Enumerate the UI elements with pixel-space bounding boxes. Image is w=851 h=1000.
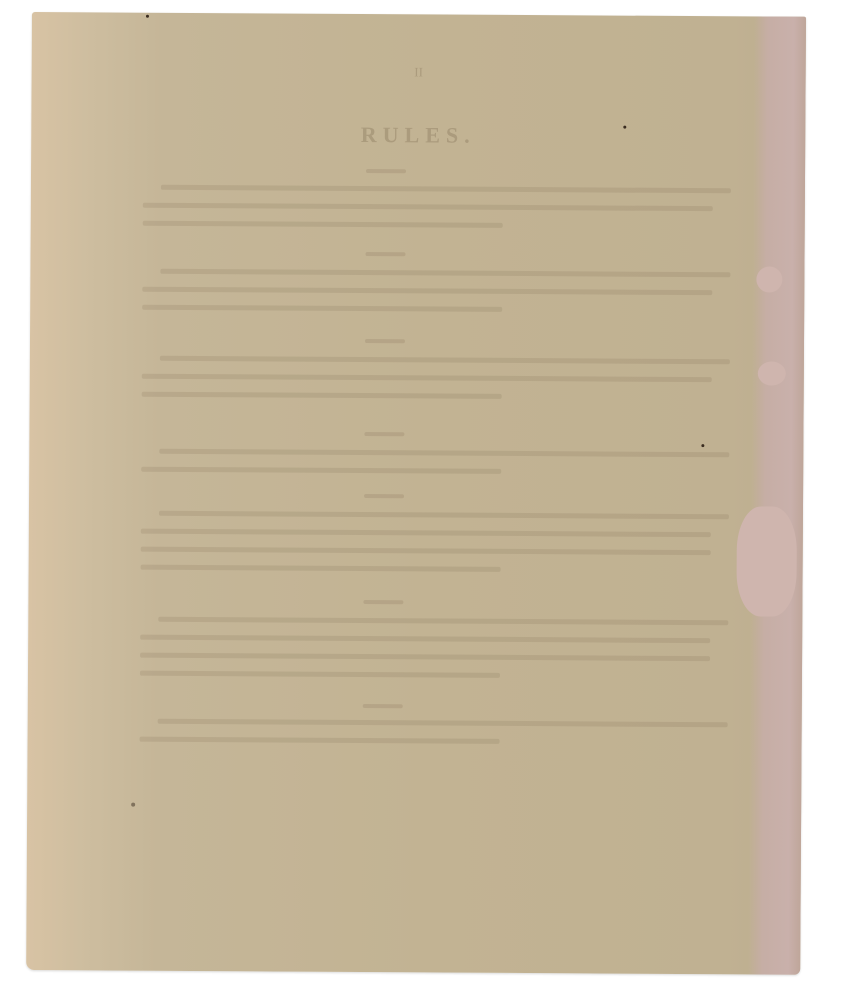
section-numeral-bleed <box>364 432 404 436</box>
text-line-bleed <box>142 392 502 399</box>
text-line-bleed <box>160 356 730 364</box>
text-line-bleed <box>141 467 501 474</box>
text-line-bleed <box>142 374 712 382</box>
text-line-bleed <box>141 529 711 537</box>
text-line-bleed <box>140 635 710 643</box>
text-line-bleed <box>142 287 712 295</box>
speck <box>131 803 135 807</box>
text-line-bleed <box>142 305 502 312</box>
text-line-bleed <box>158 719 728 727</box>
section-numeral-bleed <box>363 704 403 708</box>
document-sheet: II RULES. <box>26 12 806 975</box>
section-numeral-bleed <box>365 339 405 343</box>
text-line-bleed <box>140 653 710 661</box>
section-numeral-bleed <box>364 494 404 498</box>
text-line-bleed <box>159 449 729 457</box>
section-numeral-bleed <box>363 600 403 604</box>
speck <box>623 126 626 129</box>
page-number-bleed: II <box>32 62 806 83</box>
text-line-bleed <box>143 221 503 228</box>
text-line-bleed <box>141 547 711 555</box>
section-numeral-bleed <box>366 169 406 173</box>
text-line-bleed <box>161 185 731 193</box>
text-line-bleed <box>140 737 500 744</box>
section-numeral-bleed <box>366 252 406 256</box>
text-line-bleed <box>143 203 713 211</box>
water-stain-edge <box>748 16 806 974</box>
text-line-bleed <box>141 565 501 572</box>
text-line-bleed <box>160 269 730 277</box>
heading-bleed: RULES. <box>31 120 805 151</box>
text-line-bleed <box>159 511 729 519</box>
text-line-bleed <box>158 617 728 625</box>
stain-spot <box>758 361 786 385</box>
text-line-bleed <box>140 671 500 678</box>
stain-spot <box>736 506 797 616</box>
stain-spot <box>756 266 782 292</box>
speck <box>701 444 704 447</box>
speck <box>146 15 149 18</box>
